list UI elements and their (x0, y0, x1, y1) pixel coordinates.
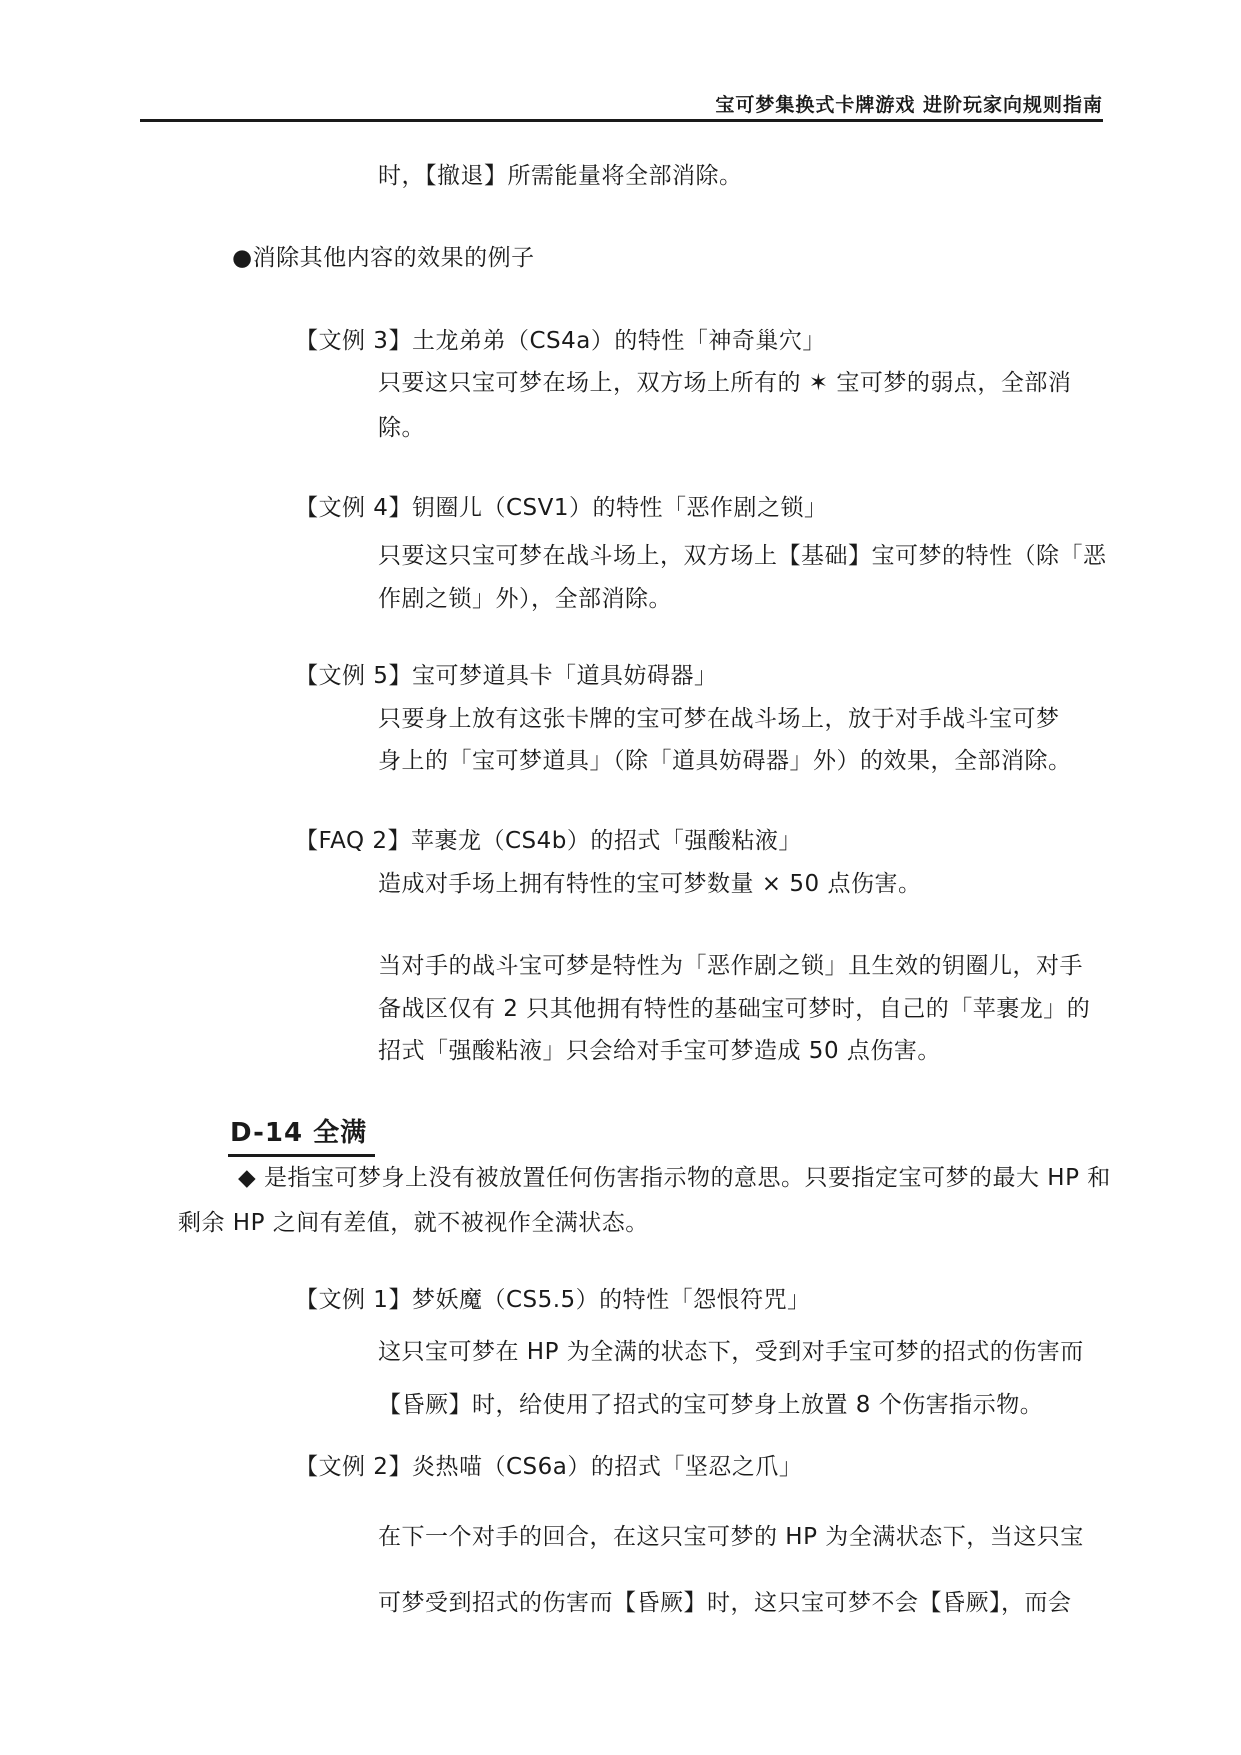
example-heading: 【文例 1】梦妖魔（CS5.5）的特性「怨恨符咒」 (295, 1286, 811, 1315)
faq-note-line: 当对手的战斗宝可梦是特性为「恶作剧之锁」且生效的钥圈儿，对手 (378, 952, 1083, 981)
faq-note-line: 招式「强酸粘液」只会给对手宝可梦造成 50 点伤害。 (378, 1037, 941, 1066)
example-body-line: 只要身上放有这张卡牌的宝可梦在战斗场上，放于对手战斗宝可梦 (378, 705, 1060, 734)
document-page: 宝可梦集换式卡牌游戏 进阶玩家向规则指南 时，【撤退】所需能量将全部消除。 ●消… (0, 0, 1241, 1755)
example-body-line: 除。 (378, 414, 425, 443)
d14-definition-line: 剩余 HP 之间有差值，就不被视作全满状态。 (178, 1209, 649, 1238)
example-body-line: 只要这只宝可梦在战斗场上，双方场上【基础】宝可梦的特性（除「恶 (378, 542, 1107, 571)
faq-note-line: 备战区仅有 2 只其他拥有特性的基础宝可梦时，自己的「苹裹龙」的 (378, 995, 1090, 1024)
example-body-line: 在下一个对手的回合，在这只宝可梦的 HP 为全满状态下，当这只宝 (378, 1523, 1084, 1552)
example-body-line: 身上的「宝可梦道具」（除「道具妨碍器」外）的效果，全部消除。 (378, 747, 1072, 776)
example-heading: 【文例 4】钥圈儿（CSV1）的特性「恶作剧之锁」 (295, 494, 827, 523)
example-heading: 【文例 5】宝可梦道具卡「道具妨碍器」 (295, 662, 717, 691)
faq-body-line: 造成对手场上拥有特性的宝可梦数量 × 50 点伤害。 (378, 870, 921, 899)
header-divider-rule (140, 119, 1103, 122)
page-header-title: 宝可梦集换式卡牌游戏 进阶玩家向规则指南 (715, 90, 1103, 117)
example-body-line: 可梦受到招式的伤害而【昏厥】时，这只宝可梦不会【昏厥】，而会 (378, 1589, 1072, 1618)
d14-definition-line: ◆ 是指宝可梦身上没有被放置任何伤害指示物的意思。只要指定宝可梦的最大 HP 和 (238, 1164, 1111, 1193)
example-heading: 【文例 3】土龙弟弟（CS4a）的特性「神奇巢穴」 (295, 327, 826, 356)
example-body-line: 作剧之锁」外），全部消除。 (378, 585, 672, 614)
example-body-line: 这只宝可梦在 HP 为全满的状态下，受到对手宝可梦的招式的伤害而 (378, 1338, 1084, 1367)
example-body-line: 只要这只宝可梦在场上，双方场上所有的 ✶ 宝可梦的弱点，全部消 (378, 369, 1071, 398)
example-heading: 【文例 2】炎热喵（CS6a）的招式「坚忍之爪」 (295, 1453, 802, 1482)
section-d14-heading: D-14 全满 (228, 1112, 375, 1157)
example-body-line: 【昏厥】时，给使用了招式的宝可梦身上放置 8 个伤害指示物。 (378, 1391, 1043, 1420)
continuation-paragraph-line: 时，【撤退】所需能量将全部消除。 (378, 162, 743, 191)
bullet-subheading: ●消除其他内容的效果的例子 (232, 244, 535, 273)
faq-heading: 【FAQ 2】苹裹龙（CS4b）的招式「强酸粘液」 (295, 827, 802, 856)
